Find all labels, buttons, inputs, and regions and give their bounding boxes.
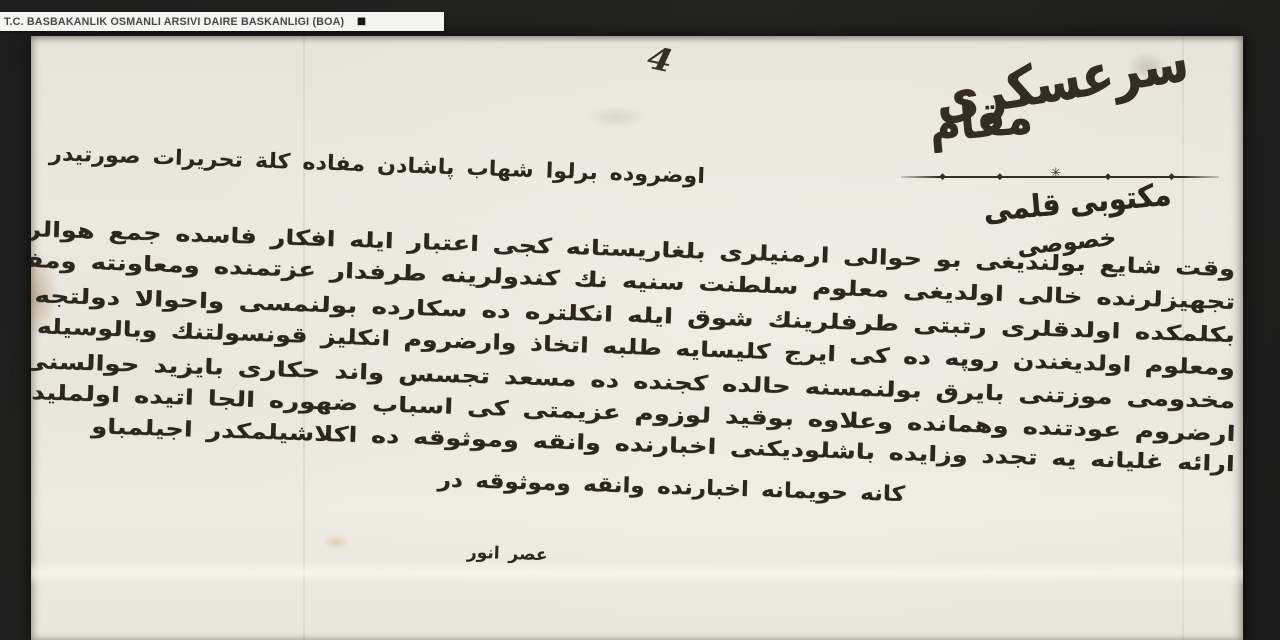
handwritten-subject-line: اوضروده برلوا شهاب پاشادن مفاده كلة تحري… [49, 141, 706, 188]
handwritten-signature: عصر انور [467, 543, 548, 566]
scan-light-band [31, 560, 1243, 586]
paper-stain [587, 106, 647, 128]
handwritten-body-line: كانه حويمانه اخبارنده وانقه وموثوقه در [437, 464, 905, 509]
handwritten-page-number: 4 [644, 40, 676, 80]
archive-caption-strip: T.C. BASBAKANLIK OSMANLI ARSIVI DAIRE BA… [0, 12, 444, 31]
letterhead-office-name: مكتوبى قلمى [982, 176, 1173, 229]
caption-end-square-icon: ■ [357, 17, 366, 27]
ornament-diamond-icon: ◆ [939, 172, 946, 182]
ornament-diamond-icon: ◆ [996, 172, 1003, 182]
emblem-calligraphy-lower: مقام [927, 88, 1034, 153]
ottoman-letterhead: سرعسكرى مقام ◆ ◆ ✳ ◆ ◆ مكتوبى قلمى خصوصى [899, 56, 1223, 276]
scanned-document-page: 4 سرعسكرى مقام ◆ ◆ ✳ ◆ ◆ مكتوبى قلمى خصو… [31, 36, 1243, 640]
paper-stain [323, 534, 349, 550]
archive-caption-label: T.C. BASBAKANLIK OSMANLI ARSIVI DAIRE BA… [4, 16, 344, 28]
ornament-star-icon: ✳ [1050, 169, 1061, 179]
serasker-calligraphy-emblem: سرعسكرى مقام [899, 56, 1223, 156]
screenshot-canvas: T.C. BASBAKANLIK OSMANLI ARSIVI DAIRE BA… [0, 0, 1280, 640]
letterhead-ornamental-rule: ◆ ◆ ✳ ◆ ◆ [901, 172, 1219, 182]
